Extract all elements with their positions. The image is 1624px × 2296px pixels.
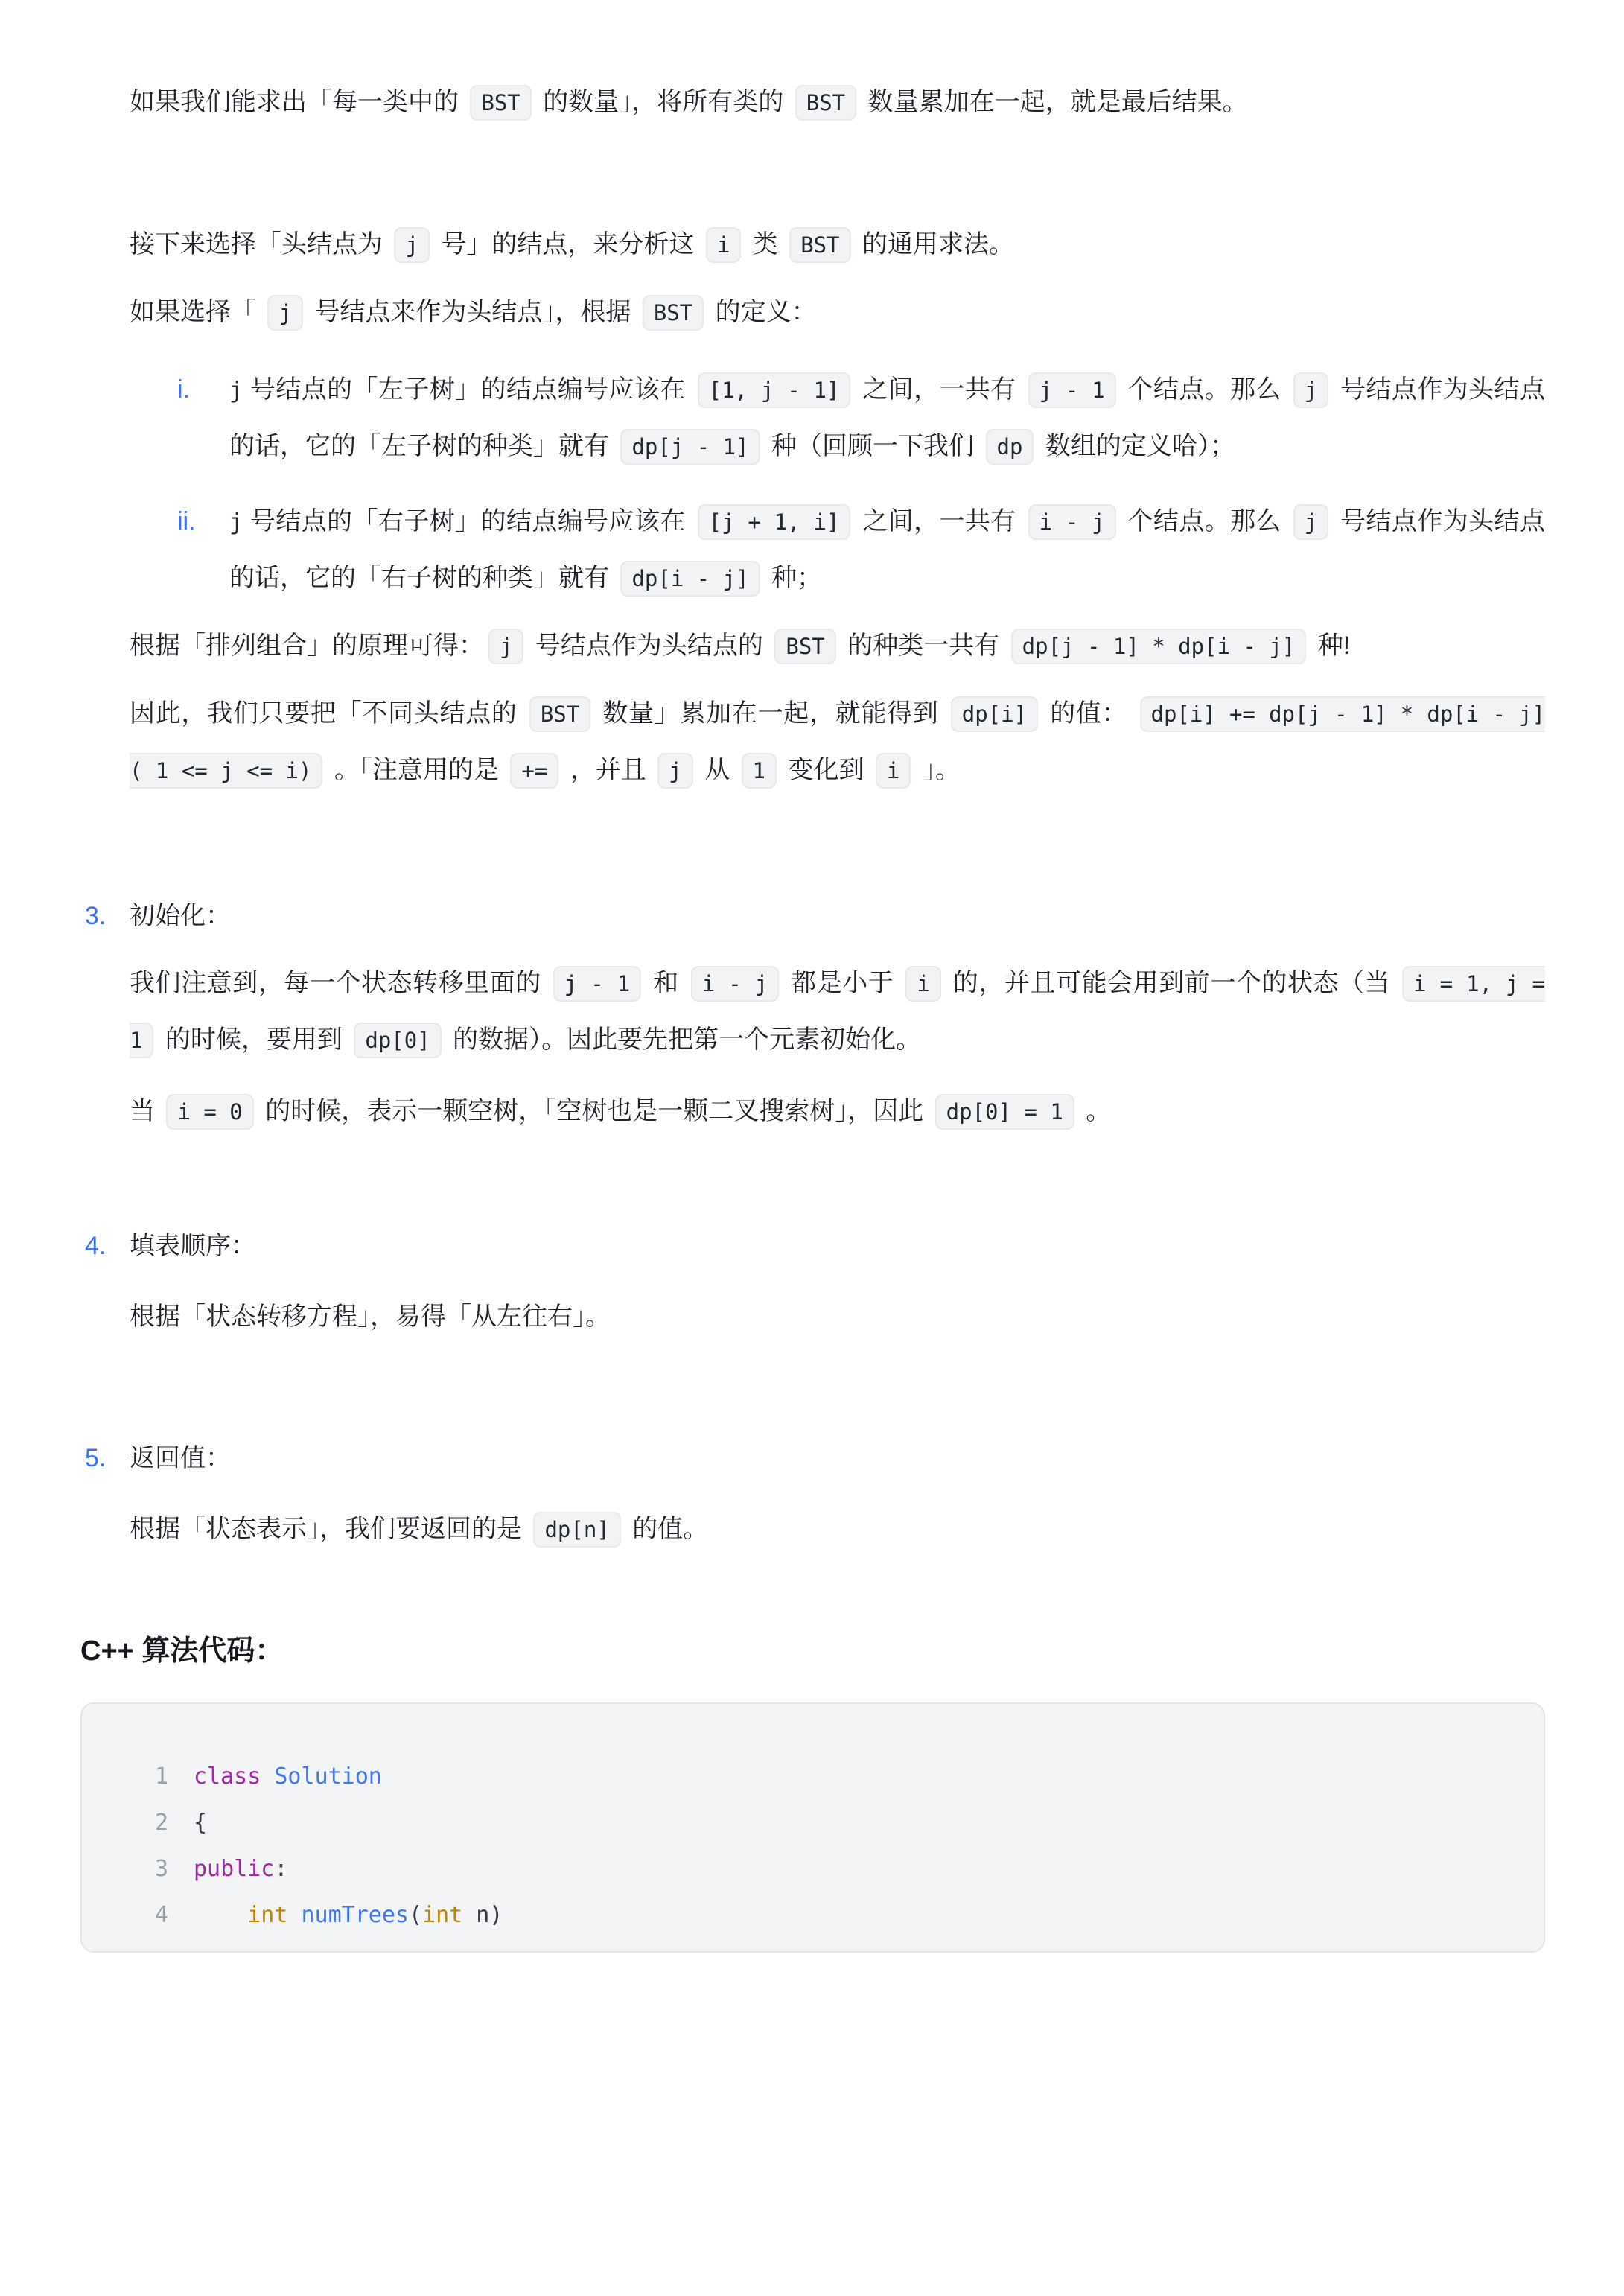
paragraph-therefore: 因此，我们只要把「不同头结点的 BST 数量」累加在一起，就能得到 dp[i] …: [130, 686, 1545, 799]
text-run: j: [229, 378, 243, 404]
code-token: :: [274, 1856, 287, 1882]
text-run: 之间，一共有: [855, 375, 1023, 404]
list-marker: i.: [177, 362, 190, 418]
code-token: [194, 1902, 247, 1928]
inline-code: j: [267, 295, 302, 331]
text-run: 个结点。那么: [1121, 507, 1289, 535]
inline-code: dp[n]: [533, 1512, 620, 1548]
text-run: ，并且: [563, 756, 653, 784]
paragraph-intro: 如果我们能求出「每一类中的 BST 的数量」，将所有类的 BST 数量累加在一起…: [130, 74, 1545, 131]
roman-item-text: j 号结点的「右子树」的结点编号应该在 [j + 1, i] 之间，一共有 i …: [229, 494, 1545, 607]
text-run: 变化到: [781, 756, 871, 784]
inline-code: +=: [510, 753, 558, 789]
text-run: 。「注意用的是: [327, 756, 506, 784]
code-token: public: [194, 1856, 274, 1882]
inline-code: i: [876, 753, 911, 789]
text-run: 和: [646, 969, 687, 997]
code-token: Solution: [274, 1764, 382, 1790]
text-run: 因此，我们只要把「不同头结点的: [130, 699, 525, 728]
inline-code: i: [905, 966, 940, 1002]
inline-code: j: [1293, 504, 1328, 540]
text-run: 号结点来作为头结点」，根据: [308, 298, 638, 326]
text-run: 的时候，要用到: [158, 1025, 349, 1054]
section-paragraph: 我们注意到，每一个状态转移里面的 j - 1 和 i - j 都是小于 i 的，…: [130, 955, 1545, 1069]
text-run: 的，并且可能会用到前一个的状态（当: [946, 969, 1398, 997]
inline-code: j: [1293, 372, 1328, 408]
text-run: 根据「排列组合」的原理可得：: [130, 632, 484, 660]
inline-code: dp: [986, 429, 1034, 465]
text-run: 数量」累加在一起，就能得到: [595, 699, 946, 728]
text-run: 的数据）。因此要先把第一个元素初始化。: [446, 1025, 921, 1054]
paragraph-if-choose: 如果选择「 j 号结点来作为头结点」，根据 BST 的定义：: [130, 284, 1545, 341]
text-run: 类: [745, 230, 785, 258]
list-marker: ii.: [177, 494, 196, 550]
inline-code: j - 1: [1028, 372, 1116, 408]
text-run: 种（回顾一下我们: [765, 432, 981, 460]
text-run: 的时候，表示一颗空树，「空树也是一颗二叉搜索树」，因此: [258, 1097, 931, 1125]
text-run: 的值：: [1042, 699, 1135, 728]
code-token: numTrees: [302, 1902, 410, 1928]
text-run: 之间，一共有: [855, 507, 1023, 535]
text-run: 数量累加在一起，就是最后结果。: [861, 88, 1247, 116]
roman-list-item: i. j 号结点的「左子树」的结点编号应该在 [1, j - 1] 之间，一共有…: [130, 362, 1545, 475]
list-marker: 4.: [85, 1218, 106, 1274]
code-token: class: [194, 1764, 261, 1790]
list-marker: 5.: [85, 1431, 106, 1486]
text-run: 我们注意到，每一个状态转移里面的: [130, 969, 549, 997]
numbered-section-init: 3. 初始化： 我们注意到，每一个状态转移里面的 j - 1 和 i - j 都…: [130, 888, 1545, 1140]
numbered-section-return: 5. 返回值： 根据「状态表示」，我们要返回的是 dp[n] 的值。: [130, 1431, 1545, 1558]
inline-code: i - j: [691, 966, 779, 1002]
text-run: 」。: [915, 756, 960, 784]
inline-code: BST: [529, 696, 590, 732]
inline-code: j - 1: [553, 966, 641, 1002]
roman-list: i. j 号结点的「左子树」的结点编号应该在 [1, j - 1] 之间，一共有…: [130, 362, 1545, 607]
inline-code: dp[0]: [354, 1023, 441, 1058]
paragraph-select-head: 接下来选择「头结点为 j 号」的结点，来分析这 i 类 BST 的通用求法。: [130, 217, 1545, 273]
roman-item-text: j 号结点的「左子树」的结点编号应该在 [1, j - 1] 之间，一共有 j …: [229, 362, 1545, 475]
section-paragraph: 当 i = 0 的时候，表示一颗空树，「空树也是一颗二叉搜索树」，因此 dp[0…: [130, 1084, 1545, 1140]
section-paragraph: 根据「状态表示」，我们要返回的是 dp[n] 的值。: [130, 1501, 1545, 1558]
code-token: n): [462, 1902, 503, 1928]
text-run: 种!: [1311, 632, 1350, 660]
code-block: 1class Solution2{3public:4 int numTrees(…: [80, 1702, 1545, 1953]
text-run: 。: [1079, 1097, 1111, 1125]
paragraph-combination: 根据「排列组合」的原理可得：j 号结点作为头结点的 BST 的种类一共有 dp[…: [130, 618, 1545, 675]
text-run: 的种类一共有: [841, 632, 1007, 660]
code-line: 4 int numTrees(int n): [82, 1892, 1544, 1939]
text-run: 号结点的「右子树」的结点编号应该在: [243, 507, 693, 535]
line-number: 3: [82, 1846, 168, 1892]
text-run: 种；: [765, 564, 822, 592]
code-line: 3public:: [82, 1846, 1544, 1892]
list-marker: 3.: [85, 888, 106, 944]
inline-code: BST: [789, 227, 850, 263]
inline-code: [j + 1, i]: [698, 504, 851, 540]
inline-code: 1: [742, 753, 777, 789]
inline-code: j: [488, 629, 523, 664]
text-run: 号」的结点，来分析这: [434, 230, 701, 258]
inline-code: dp[0] = 1: [935, 1094, 1074, 1130]
section-paragraph: 根据「状态转移方程」，易得「从左往右」。: [130, 1289, 1545, 1345]
text-run: 都是小于: [783, 969, 901, 997]
text-run: 数组的定义哈）；: [1038, 432, 1235, 460]
text-run: 接下来选择「头结点为: [130, 230, 389, 258]
inline-code: dp[j - 1]: [620, 429, 760, 465]
inline-code: j: [394, 227, 429, 263]
code-token: {: [194, 1810, 207, 1836]
text-run: 的定义：: [708, 298, 816, 326]
code-line: 2{: [82, 1800, 1544, 1846]
code-token: (: [409, 1902, 422, 1928]
inline-code: BST: [643, 295, 704, 331]
text-run: 如果选择「: [130, 298, 263, 326]
inline-code: i - j: [1028, 504, 1116, 540]
text-run: 如果我们能求出「每一类中的: [130, 88, 465, 116]
section-title: 填表顺序：: [130, 1218, 1545, 1274]
line-number: 4: [82, 1892, 168, 1939]
code-token: [261, 1764, 274, 1790]
article-content: 如果我们能求出「每一类中的 BST 的数量」，将所有类的 BST 数量累加在一起…: [130, 74, 1545, 1558]
inline-code: i = 0: [166, 1094, 253, 1130]
inline-code: j: [657, 753, 692, 789]
inline-code: [1, j - 1]: [698, 372, 851, 408]
text-run: 号结点作为头结点的: [528, 632, 770, 660]
text-run: 号结点的「左子树」的结点编号应该在: [243, 375, 693, 404]
inline-code: BST: [470, 85, 531, 121]
inline-code: i: [706, 227, 741, 263]
article-page: 如果我们能求出「每一类中的 BST 的数量」，将所有类的 BST 数量累加在一起…: [0, 0, 1624, 2296]
text-run: 根据「状态转移方程」，易得「从左往右」。: [130, 1303, 611, 1331]
text-run: 从: [698, 756, 737, 784]
line-number: 2: [82, 1800, 168, 1846]
inline-code: dp[j - 1] * dp[i - j]: [1011, 629, 1307, 664]
code-token: int: [247, 1902, 287, 1928]
text-run: 的通用求法。: [856, 230, 1014, 258]
roman-list-item: ii. j 号结点的「右子树」的结点编号应该在 [j + 1, i] 之间，一共…: [130, 494, 1545, 607]
text-run: 当: [130, 1097, 162, 1125]
line-number: 1: [82, 1754, 168, 1800]
code-section-heading: C++ 算法代码：: [80, 1625, 1545, 1677]
inline-code: BST: [795, 85, 856, 121]
section-title: 初始化：: [130, 888, 1545, 944]
inline-code: BST: [774, 629, 835, 664]
text-run: 根据「状态表示」，我们要返回的是: [130, 1515, 529, 1543]
text-run: j: [229, 509, 243, 535]
text-run: 个结点。那么: [1121, 375, 1289, 404]
numbered-section-order: 4. 填表顺序： 根据「状态转移方程」，易得「从左往右」。: [130, 1218, 1545, 1345]
text-run: 的值。: [625, 1515, 708, 1543]
text-run: 的数量」，将所有类的: [536, 88, 791, 116]
inline-code: dp[i - j]: [620, 561, 760, 597]
code-token: int: [422, 1902, 462, 1928]
inline-code: dp[i]: [951, 696, 1038, 732]
section-title: 返回值：: [130, 1431, 1545, 1486]
code-token: [287, 1902, 301, 1928]
code-line: 1class Solution: [82, 1754, 1544, 1800]
